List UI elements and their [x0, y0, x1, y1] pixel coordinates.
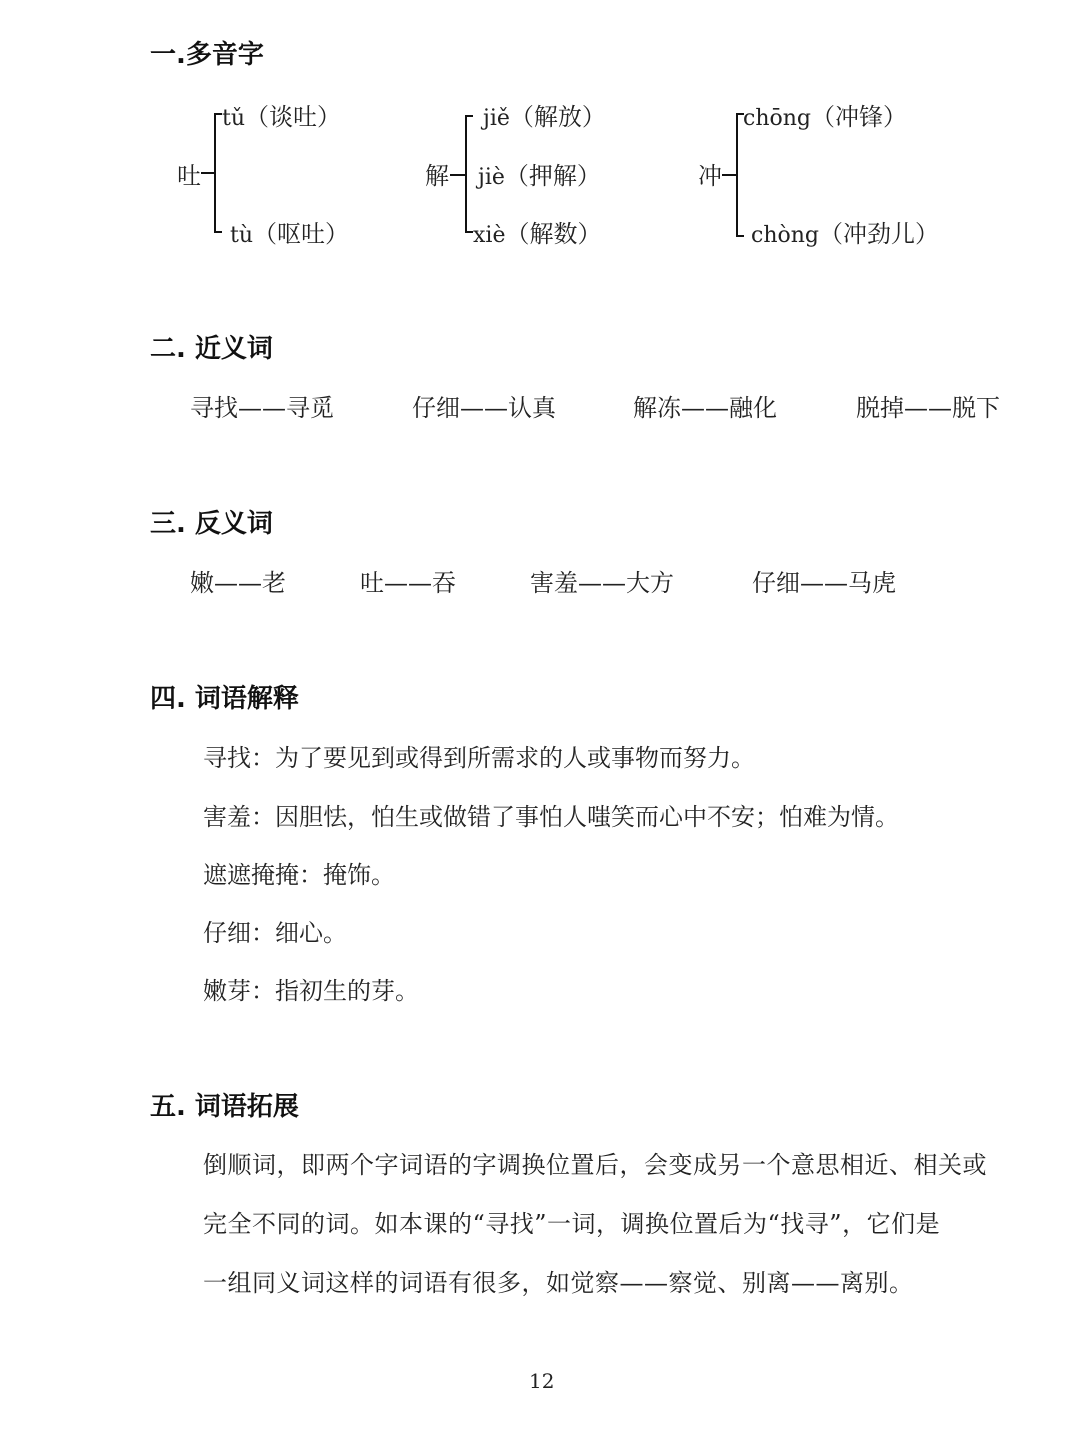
synonym-pair: 脱掉——脱下	[856, 388, 1000, 423]
section-title-polyphone: 一.多音字	[150, 34, 264, 71]
pinyin: tù	[230, 223, 253, 248]
example-word: （谈吐）	[245, 103, 341, 131]
reading-item: tù（呕吐）	[230, 214, 349, 249]
definition-item: 嫩芽：指初生的芽。	[203, 971, 419, 1006]
example-word: （解放）	[510, 103, 606, 131]
reading-item: jiě（解放）	[483, 97, 606, 132]
pinyin: tǔ	[222, 106, 245, 131]
pinyin: jiě	[483, 106, 510, 131]
definition-item: 寻找：为了要见到或得到所需求的人或事物而努力。	[203, 738, 755, 773]
paragraph-line: 倒顺词，即两个字词语的字调换位置后，会变成另一个意思相近、相关或	[203, 1145, 987, 1180]
brace-top	[214, 113, 222, 115]
section-title-definitions: 四. 词语解释	[150, 678, 299, 715]
pinyin: chōng	[743, 106, 811, 131]
brace-bottom	[736, 235, 744, 237]
example-word: （呕吐）	[253, 220, 349, 248]
reading-item: xiè（解数）	[473, 214, 601, 249]
brace-vertical	[465, 115, 467, 233]
reading-item: chōng（冲锋）	[743, 97, 907, 132]
page-number: 12	[529, 1369, 554, 1393]
polyphone-char: 解	[425, 156, 449, 191]
brace-stem	[450, 174, 466, 176]
polyphone-char: 吐	[177, 156, 201, 191]
pinyin: jiè	[478, 165, 505, 190]
brace-top	[465, 115, 473, 117]
synonym-pair: 寻找——寻觅	[190, 388, 334, 423]
reading-item: jiè（押解）	[478, 156, 601, 191]
brace-bottom	[465, 231, 473, 233]
brace-vertical	[736, 113, 738, 237]
definition-item: 仔细：细心。	[203, 913, 347, 948]
reading-item: chòng（冲劲儿）	[751, 214, 939, 249]
example-word: （押解）	[505, 162, 601, 190]
pinyin: chòng	[751, 223, 819, 248]
definition-item: 害羞：因胆怯，怕生或做错了事怕人嗤笑而心中不安；怕难为情。	[203, 797, 899, 832]
antonym-pair: 仔细——马虎	[752, 563, 896, 598]
example-word: （解数）	[505, 220, 601, 248]
paragraph-line: 完全不同的词。如本课的“寻找”一词，调换位置后为“找寻”，它们是	[203, 1204, 940, 1239]
synonym-pair: 解冻——融化	[633, 388, 777, 423]
antonym-pair: 嫩——老	[190, 563, 286, 598]
example-word: （冲劲儿）	[819, 220, 939, 248]
definition-item: 遮遮掩掩：掩饰。	[203, 855, 395, 890]
paragraph-line: 一组同义词这样的词语有很多，如觉察——察觉、别离——离别。	[203, 1263, 914, 1298]
section-title-synonyms: 二. 近义词	[150, 328, 273, 365]
polyphone-char: 冲	[698, 156, 722, 191]
section-title-antonyms: 三. 反义词	[150, 503, 273, 540]
synonym-pair: 仔细——认真	[412, 388, 556, 423]
reading-item: tǔ（谈吐）	[222, 97, 341, 132]
antonym-pair: 吐——吞	[360, 563, 456, 598]
brace-bottom	[214, 231, 222, 233]
pinyin: xiè	[473, 223, 505, 248]
antonym-pair: 害羞——大方	[530, 563, 674, 598]
example-word: （冲锋）	[811, 103, 907, 131]
brace-vertical	[214, 113, 216, 233]
section-title-extension: 五. 词语拓展	[150, 1086, 299, 1123]
